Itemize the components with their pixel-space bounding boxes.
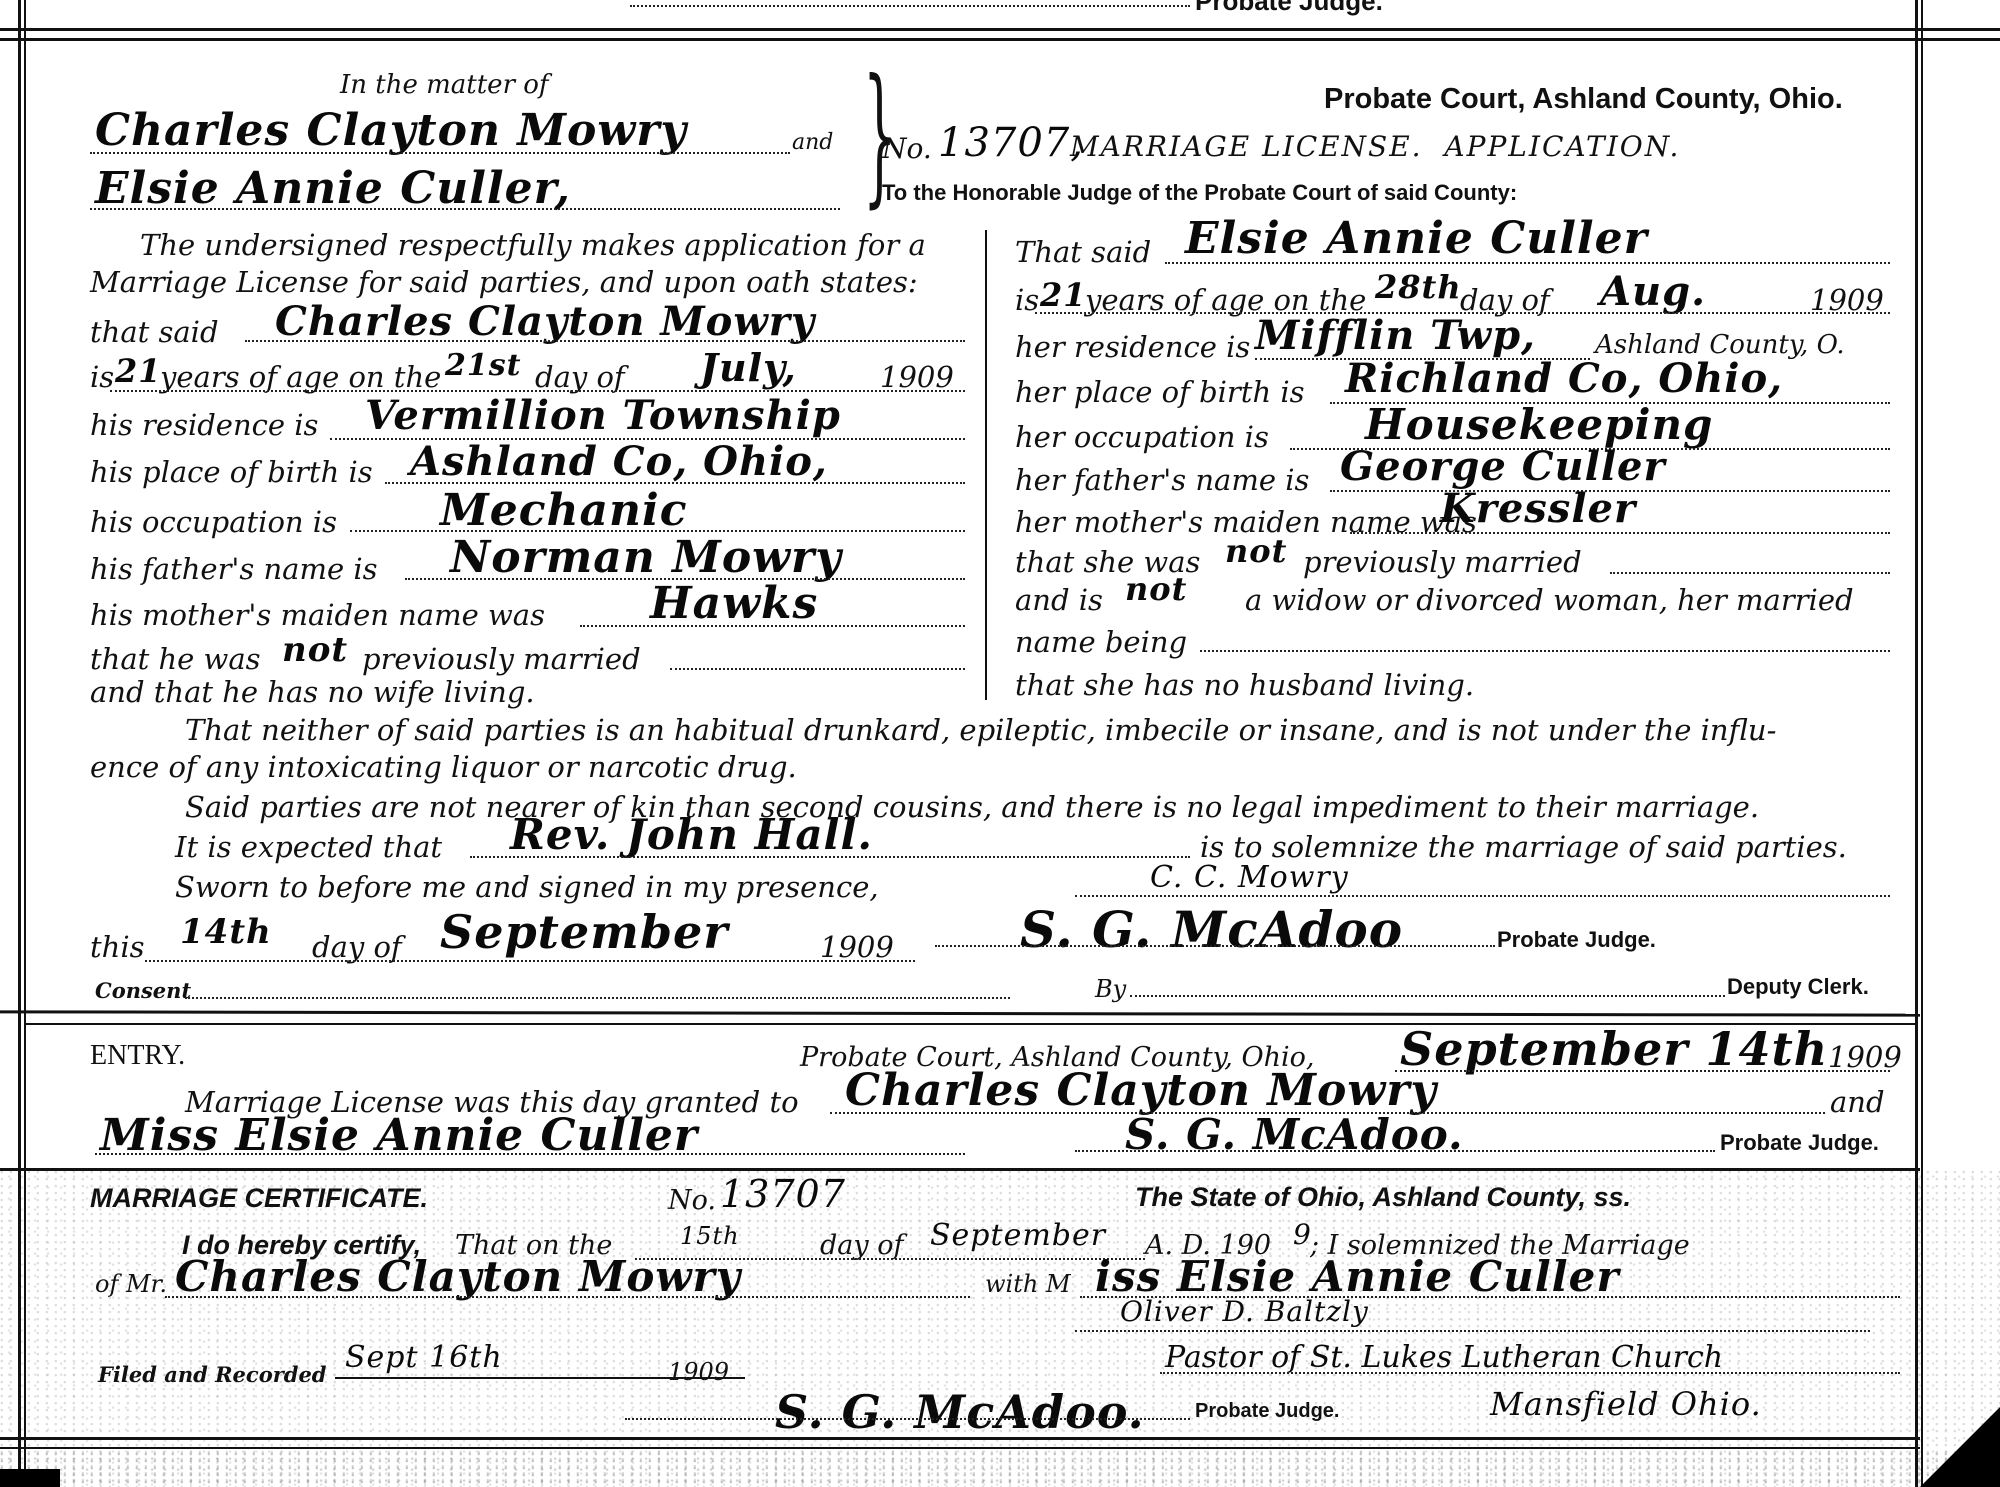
this-label: this bbox=[90, 930, 145, 964]
entry-year: 1909 bbox=[1828, 1040, 1902, 1074]
groom-prev-label-1: that he was bbox=[90, 642, 261, 676]
groom-occupation-label: his occupation is bbox=[90, 505, 337, 539]
filed-year: 1909 bbox=[668, 1358, 729, 1386]
groom-occupation: Mechanic bbox=[440, 485, 688, 536]
deputy-clerk-label: Deputy Clerk. bbox=[1727, 974, 1869, 1000]
filed-date: Sept 16th bbox=[345, 1340, 503, 1375]
officiant-title-line bbox=[1160, 1372, 1900, 1374]
bottom-divider bbox=[0, 1437, 1920, 1440]
bride-mother: Kressler bbox=[1440, 485, 1636, 532]
bride-prev-value: not bbox=[1225, 532, 1287, 570]
certificate-judge-signature: S. G. McAdoo. bbox=[775, 1385, 1145, 1439]
probate-judge-label: Probate Judge. bbox=[1497, 927, 1656, 953]
officiant-title: Pastor of St. Lukes Lutheran Church bbox=[1165, 1340, 1723, 1375]
certificate-number: 13707 bbox=[720, 1172, 846, 1216]
sworn-month: September bbox=[440, 905, 729, 959]
sworn-date-line bbox=[145, 960, 915, 962]
entry-date-line bbox=[1395, 1070, 1890, 1072]
certificate-groom: Charles Clayton Mowry bbox=[175, 1252, 741, 1301]
entry-judge-line bbox=[1075, 1150, 1715, 1152]
bride-age: 21 bbox=[1040, 276, 1087, 314]
officiant-location: Mansfield Ohio. bbox=[1490, 1385, 1762, 1423]
solemnize-label: is to solemnize the marriage of said par… bbox=[1200, 830, 1847, 864]
top-divider bbox=[0, 28, 2000, 31]
certificate-day: 15th bbox=[680, 1222, 740, 1250]
sworn-day: 14th bbox=[180, 912, 272, 952]
groom-birthplace-label: his place of birth is bbox=[90, 455, 373, 489]
bride-birth-month: Aug. bbox=[1600, 268, 1706, 315]
top-remnant-label: Probate Judge. bbox=[1195, 0, 1383, 17]
applicant-signature: C. C. Mowry bbox=[1150, 860, 1349, 895]
groom-name-line bbox=[245, 340, 965, 342]
officiant-signature-line bbox=[1075, 1330, 1870, 1332]
bride-widow-label-1: and is bbox=[1015, 583, 1103, 617]
in-matter-of-label: In the matter of bbox=[340, 70, 549, 100]
no-label: No. bbox=[882, 132, 932, 165]
consent-label: Consent bbox=[95, 978, 191, 1003]
court-title: Probate Court, Ashland County, Ohio. bbox=[1324, 83, 1843, 116]
by-line bbox=[1130, 995, 1725, 997]
bride-name-being-line bbox=[1200, 650, 1890, 652]
kin-statement: Said parties are not nearer of kin than … bbox=[185, 790, 1759, 824]
neither-line-2: ence of any intoxicating liquor or narco… bbox=[90, 750, 797, 784]
groom-residence: Vermillion Township bbox=[365, 392, 841, 439]
bride-name-line bbox=[1165, 262, 1890, 264]
sworn-statement: Sworn to before me and signed in my pres… bbox=[175, 870, 879, 904]
groom-birthplace-line bbox=[385, 482, 965, 484]
entry-bride-line bbox=[95, 1153, 965, 1155]
groom-residence-label: his residence is bbox=[90, 408, 318, 442]
groom-mother-line bbox=[580, 625, 965, 627]
applicant-signature-line bbox=[1075, 895, 1890, 897]
case-number: 13707, bbox=[938, 120, 1084, 166]
certificate-title: MARRIAGE CERTIFICATE. bbox=[90, 1183, 428, 1214]
filed-label: Filed and Recorded bbox=[98, 1362, 327, 1387]
with-label: with M bbox=[985, 1270, 1071, 1298]
groom-father-label: his father's name is bbox=[90, 552, 378, 586]
certificate-day-of: day of bbox=[820, 1230, 903, 1261]
top-remnant-line bbox=[630, 5, 1190, 7]
page-corner-shadow bbox=[1920, 1407, 2000, 1487]
bride-prev-label-2: previously married bbox=[1303, 545, 1582, 579]
groom-age-text: years of age on the bbox=[160, 360, 441, 394]
bride-prev-line bbox=[1610, 572, 1890, 574]
bride-residence: Mifflin Twp, bbox=[1255, 312, 1536, 359]
certificate-judge-line bbox=[625, 1418, 1190, 1420]
bottom-noise bbox=[0, 1452, 2000, 1487]
certificate-bride: iss Elsie Annie Culler bbox=[1095, 1252, 1619, 1301]
entry-and: and bbox=[1830, 1085, 1885, 1119]
expected-label: It is expected that bbox=[175, 830, 442, 864]
entry-groom: Charles Clayton Mowry bbox=[845, 1065, 1437, 1116]
bride-widow-value: not bbox=[1125, 570, 1187, 608]
bride-birth-day: 28th bbox=[1375, 268, 1462, 306]
certificate-groom-line bbox=[165, 1296, 970, 1298]
bride-widow-label-2: a widow or divorced woman, her married bbox=[1245, 583, 1854, 617]
bride-no-husband: that she has no husband living. bbox=[1015, 668, 1474, 702]
bottom-left-shadow bbox=[0, 1469, 60, 1487]
groom-father: Norman Mowry bbox=[450, 532, 842, 583]
groom-birth-month: July, bbox=[700, 345, 797, 390]
party1-name: Charles Clayton Mowry bbox=[95, 105, 687, 156]
address-line: To the Honorable Judge of the Probate Co… bbox=[882, 180, 1517, 206]
groom-birth-day: 21st bbox=[445, 348, 522, 383]
bride-father-label: her father's name is bbox=[1015, 463, 1309, 497]
and-label: and bbox=[792, 130, 833, 155]
groom-day-of: day of bbox=[535, 360, 625, 394]
bride-occupation: Housekeeping bbox=[1365, 400, 1713, 449]
entry-date: September 14th bbox=[1400, 1022, 1828, 1076]
consent-line bbox=[185, 997, 1010, 999]
form-title: MARRIAGE LICENSE. APPLICATION. bbox=[1070, 130, 1680, 163]
groom-prev-value: not bbox=[282, 630, 348, 670]
groom-prev-label-2: previously married bbox=[362, 642, 641, 676]
party2-line bbox=[90, 208, 840, 210]
groom-age: 21 bbox=[115, 352, 162, 390]
groom-year: 1909 bbox=[880, 360, 954, 394]
certificate-no-label: No. bbox=[668, 1185, 716, 1216]
groom-birthplace: Ashland Co, Ohio, bbox=[410, 438, 828, 485]
of-mr-label: of Mr. bbox=[95, 1270, 167, 1298]
certificate-year-digit: 9 bbox=[1293, 1218, 1312, 1251]
entry-divider bbox=[0, 1010, 1920, 1016]
groom-no-wife: and that he has no wife living. bbox=[90, 675, 535, 709]
filed-line bbox=[335, 1377, 745, 1379]
bride-residence-label: her residence is bbox=[1015, 330, 1250, 364]
officiant-line bbox=[470, 856, 1190, 858]
top-divider-2 bbox=[0, 38, 2000, 41]
certificate-month: September bbox=[930, 1218, 1106, 1253]
intro-line-2: Marriage License for said parties, and u… bbox=[90, 265, 918, 299]
certificate-probate-judge: Probate Judge. bbox=[1195, 1400, 1339, 1423]
bottom-divider-2 bbox=[0, 1447, 1920, 1449]
groom-is-label: is bbox=[90, 360, 114, 394]
sworn-year: 1909 bbox=[820, 930, 894, 964]
groom-mother: Hawks bbox=[650, 578, 818, 629]
bride-mother-line bbox=[1350, 532, 1890, 534]
officiant-signature: Oliver D. Baltzly bbox=[1120, 1295, 1369, 1328]
entry-probate-judge: Probate Judge. bbox=[1720, 1130, 1879, 1156]
bride-name-being-label: name being bbox=[1015, 625, 1187, 659]
judge-signature-line bbox=[935, 945, 1495, 947]
bride-name: Elsie Annie Culler bbox=[1185, 213, 1648, 264]
bride-occupation-label: her occupation is bbox=[1015, 420, 1269, 454]
neither-line-1: That neither of said parties is an habit… bbox=[185, 713, 1776, 747]
by-label: By bbox=[1095, 975, 1126, 1003]
sworn-day-of: day of bbox=[312, 930, 402, 964]
bride-birthplace-label: her place of birth is bbox=[1015, 375, 1305, 409]
bride-that-said-label: That said bbox=[1015, 235, 1151, 269]
groom-that-said-label: that said bbox=[90, 315, 219, 349]
judge-signature: S. G. McAdoo bbox=[1020, 900, 1403, 959]
intro-line-1: The undersigned respectfully makes appli… bbox=[140, 228, 926, 262]
bride-father: George Culler bbox=[1340, 443, 1666, 490]
groom-name: Charles Clayton Mowry bbox=[275, 298, 815, 345]
groom-prev-line bbox=[670, 668, 965, 670]
officiant-name: Rev. John Hall. bbox=[510, 810, 873, 859]
party2-name: Elsie Annie Culler, bbox=[95, 163, 571, 214]
bride-birthplace: Richland Co, Ohio, bbox=[1345, 355, 1783, 402]
column-divider bbox=[985, 230, 987, 700]
groom-mother-label: his mother's maiden name was bbox=[90, 598, 545, 632]
state-line: The State of Ohio, Ashland County, ss. bbox=[1135, 1182, 1631, 1213]
party1-line bbox=[90, 152, 790, 154]
entry-title: ENTRY. bbox=[90, 1040, 185, 1072]
